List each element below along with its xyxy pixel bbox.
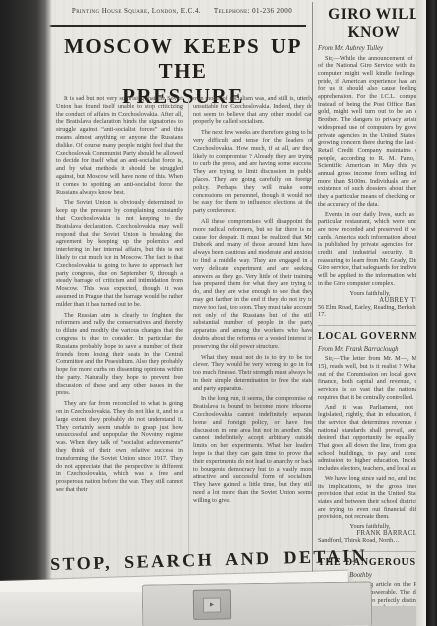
masthead-rule [48, 25, 306, 27]
article-paragraph: In the long run, it seems, the compromis… [193, 395, 313, 504]
scanner-bed-left [0, 592, 150, 626]
masthead: Printing House Square, London, E.C.4. Te… [54, 7, 310, 15]
article-paragraph: What they must not do is to try to be to… [193, 354, 313, 393]
section-divider [318, 325, 424, 326]
article-column-1: It is sad but not very surprising that t… [56, 95, 183, 561]
article-paragraph: The Russian aim is clearly to frighten t… [56, 312, 183, 398]
article-body: It is sad but not very surprising that t… [56, 95, 313, 561]
article-paragraph: All these compromises will disappoint th… [193, 218, 313, 351]
scan-edge-black-bar [426, 0, 437, 626]
masthead-telephone: Telephone: 01-236 2000 [214, 7, 292, 15]
article-paragraph: The next few weeks are therefore going t… [193, 129, 313, 215]
masthead-address: Printing House Square, London, E.C.4. [72, 7, 201, 15]
reader-button: ▸ [193, 589, 231, 620]
play-icon: ▸ [203, 598, 221, 613]
article-column-2: own model of socialism was, and still is… [193, 95, 313, 561]
column-divider-rule [188, 97, 189, 557]
scanner-bed-right [368, 606, 418, 626]
article-paragraph: own model of socialism was, and still is… [193, 95, 313, 126]
headline-line-1: MOSCOW KEEPS UP THE [54, 34, 312, 84]
newspaper-scan: Printing House Square, London, E.C.4. Te… [0, 0, 437, 626]
letter-giro-headline-line-1: GIRO WILL [318, 6, 430, 24]
letters-divider-rule [312, 2, 313, 608]
scan-gutter-left [0, 0, 52, 590]
article-paragraph: It is sad but not very surprising that t… [56, 95, 183, 196]
letter-giro-headline-line-2: KNOW [318, 24, 430, 42]
scan-edge-white-strip [416, 0, 426, 626]
article-paragraph: The Soviet Union is obviously determined… [56, 199, 183, 308]
article-paragraph: They are far from reconciled to what is … [56, 400, 183, 494]
microfilm-reader-panel: ▸ [142, 581, 373, 626]
